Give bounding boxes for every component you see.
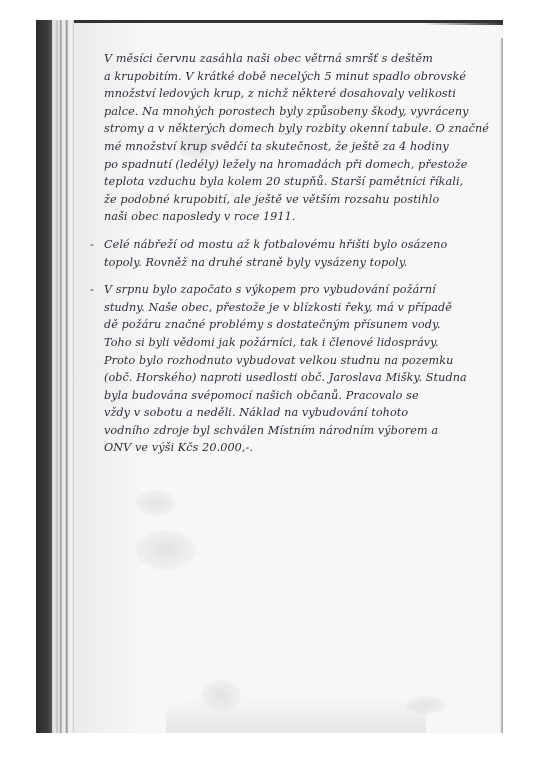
text-line: teplota vzduchu byla kolem 20 stupňů. St… <box>104 173 503 191</box>
text-line: stromy a v některých domech byly rozbity… <box>104 120 503 138</box>
text-line: po spadnutí (ledély) ležely na hromadách… <box>104 156 503 174</box>
scanned-page: V měsíci červnu zasáhla naši obec větrná… <box>36 20 503 733</box>
text-line: Toho si byli vědomi jak požárníci, tak i… <box>104 334 503 352</box>
text-line: vodního zdroje byl schválen Místním náro… <box>104 422 503 440</box>
handwritten-text: V měsíci červnu zasáhla naši obec větrná… <box>104 50 503 467</box>
top-corner-shadow <box>423 20 503 25</box>
bullet-dash: - <box>90 236 98 254</box>
text-line: byla budována svépomocí našich občanů. P… <box>104 387 503 405</box>
paper-stain <box>136 530 196 570</box>
text-line: V měsíci červnu zasáhla naši obec větrná… <box>104 50 503 68</box>
text-line: studny. Naše obec, přestože je v blízkos… <box>104 299 503 317</box>
text-line: množství ledových krup, z nichž některé … <box>104 85 503 103</box>
text-line: že podobné krupobití, ale ještě ve větší… <box>104 191 503 209</box>
paragraph-fire-well: - V srpnu bylo započato s výkopem pro vy… <box>104 281 503 457</box>
paragraph-poplars: - Celé nábřeží od mostu až k fotbalovému… <box>104 236 503 271</box>
text-line: palce. Na mnohých porostech byly způsobe… <box>104 103 503 121</box>
text-line: vždy v sobotu a neděli. Náklad na vybudo… <box>104 404 503 422</box>
book-binding <box>36 20 52 733</box>
text-line: Proto bylo rozhodnuto vybudovat velkou s… <box>104 352 503 370</box>
bullet-dash: - <box>90 281 98 299</box>
paper-stain <box>136 490 176 516</box>
text-line: ONV ve výši Kčs 20.000,-. <box>104 439 503 457</box>
paragraph-hailstorm: V měsíci červnu zasáhla naši obec větrná… <box>104 50 503 226</box>
stacked-page-edges <box>52 20 74 733</box>
text-line: a krupobitím. V krátké době necelých 5 m… <box>104 68 503 86</box>
text-line: dě požáru značné problémy s dostatečným … <box>104 316 503 334</box>
text-line: V srpnu bylo započato s výkopem pro vybu… <box>104 281 503 299</box>
text-line: naši obec naposledy v roce 1911. <box>104 208 503 226</box>
text-line: topoly. Rovněž na druhé straně byly vysá… <box>104 254 503 272</box>
text-line: Celé nábřeží od mostu až k fotbalovému h… <box>104 236 503 254</box>
text-line: (obč. Horského) naproti usedlosti obč. J… <box>104 369 503 387</box>
water-damage-stain <box>166 696 426 733</box>
text-line: mé množství krup svědčí ta skutečnost, ž… <box>104 138 503 156</box>
